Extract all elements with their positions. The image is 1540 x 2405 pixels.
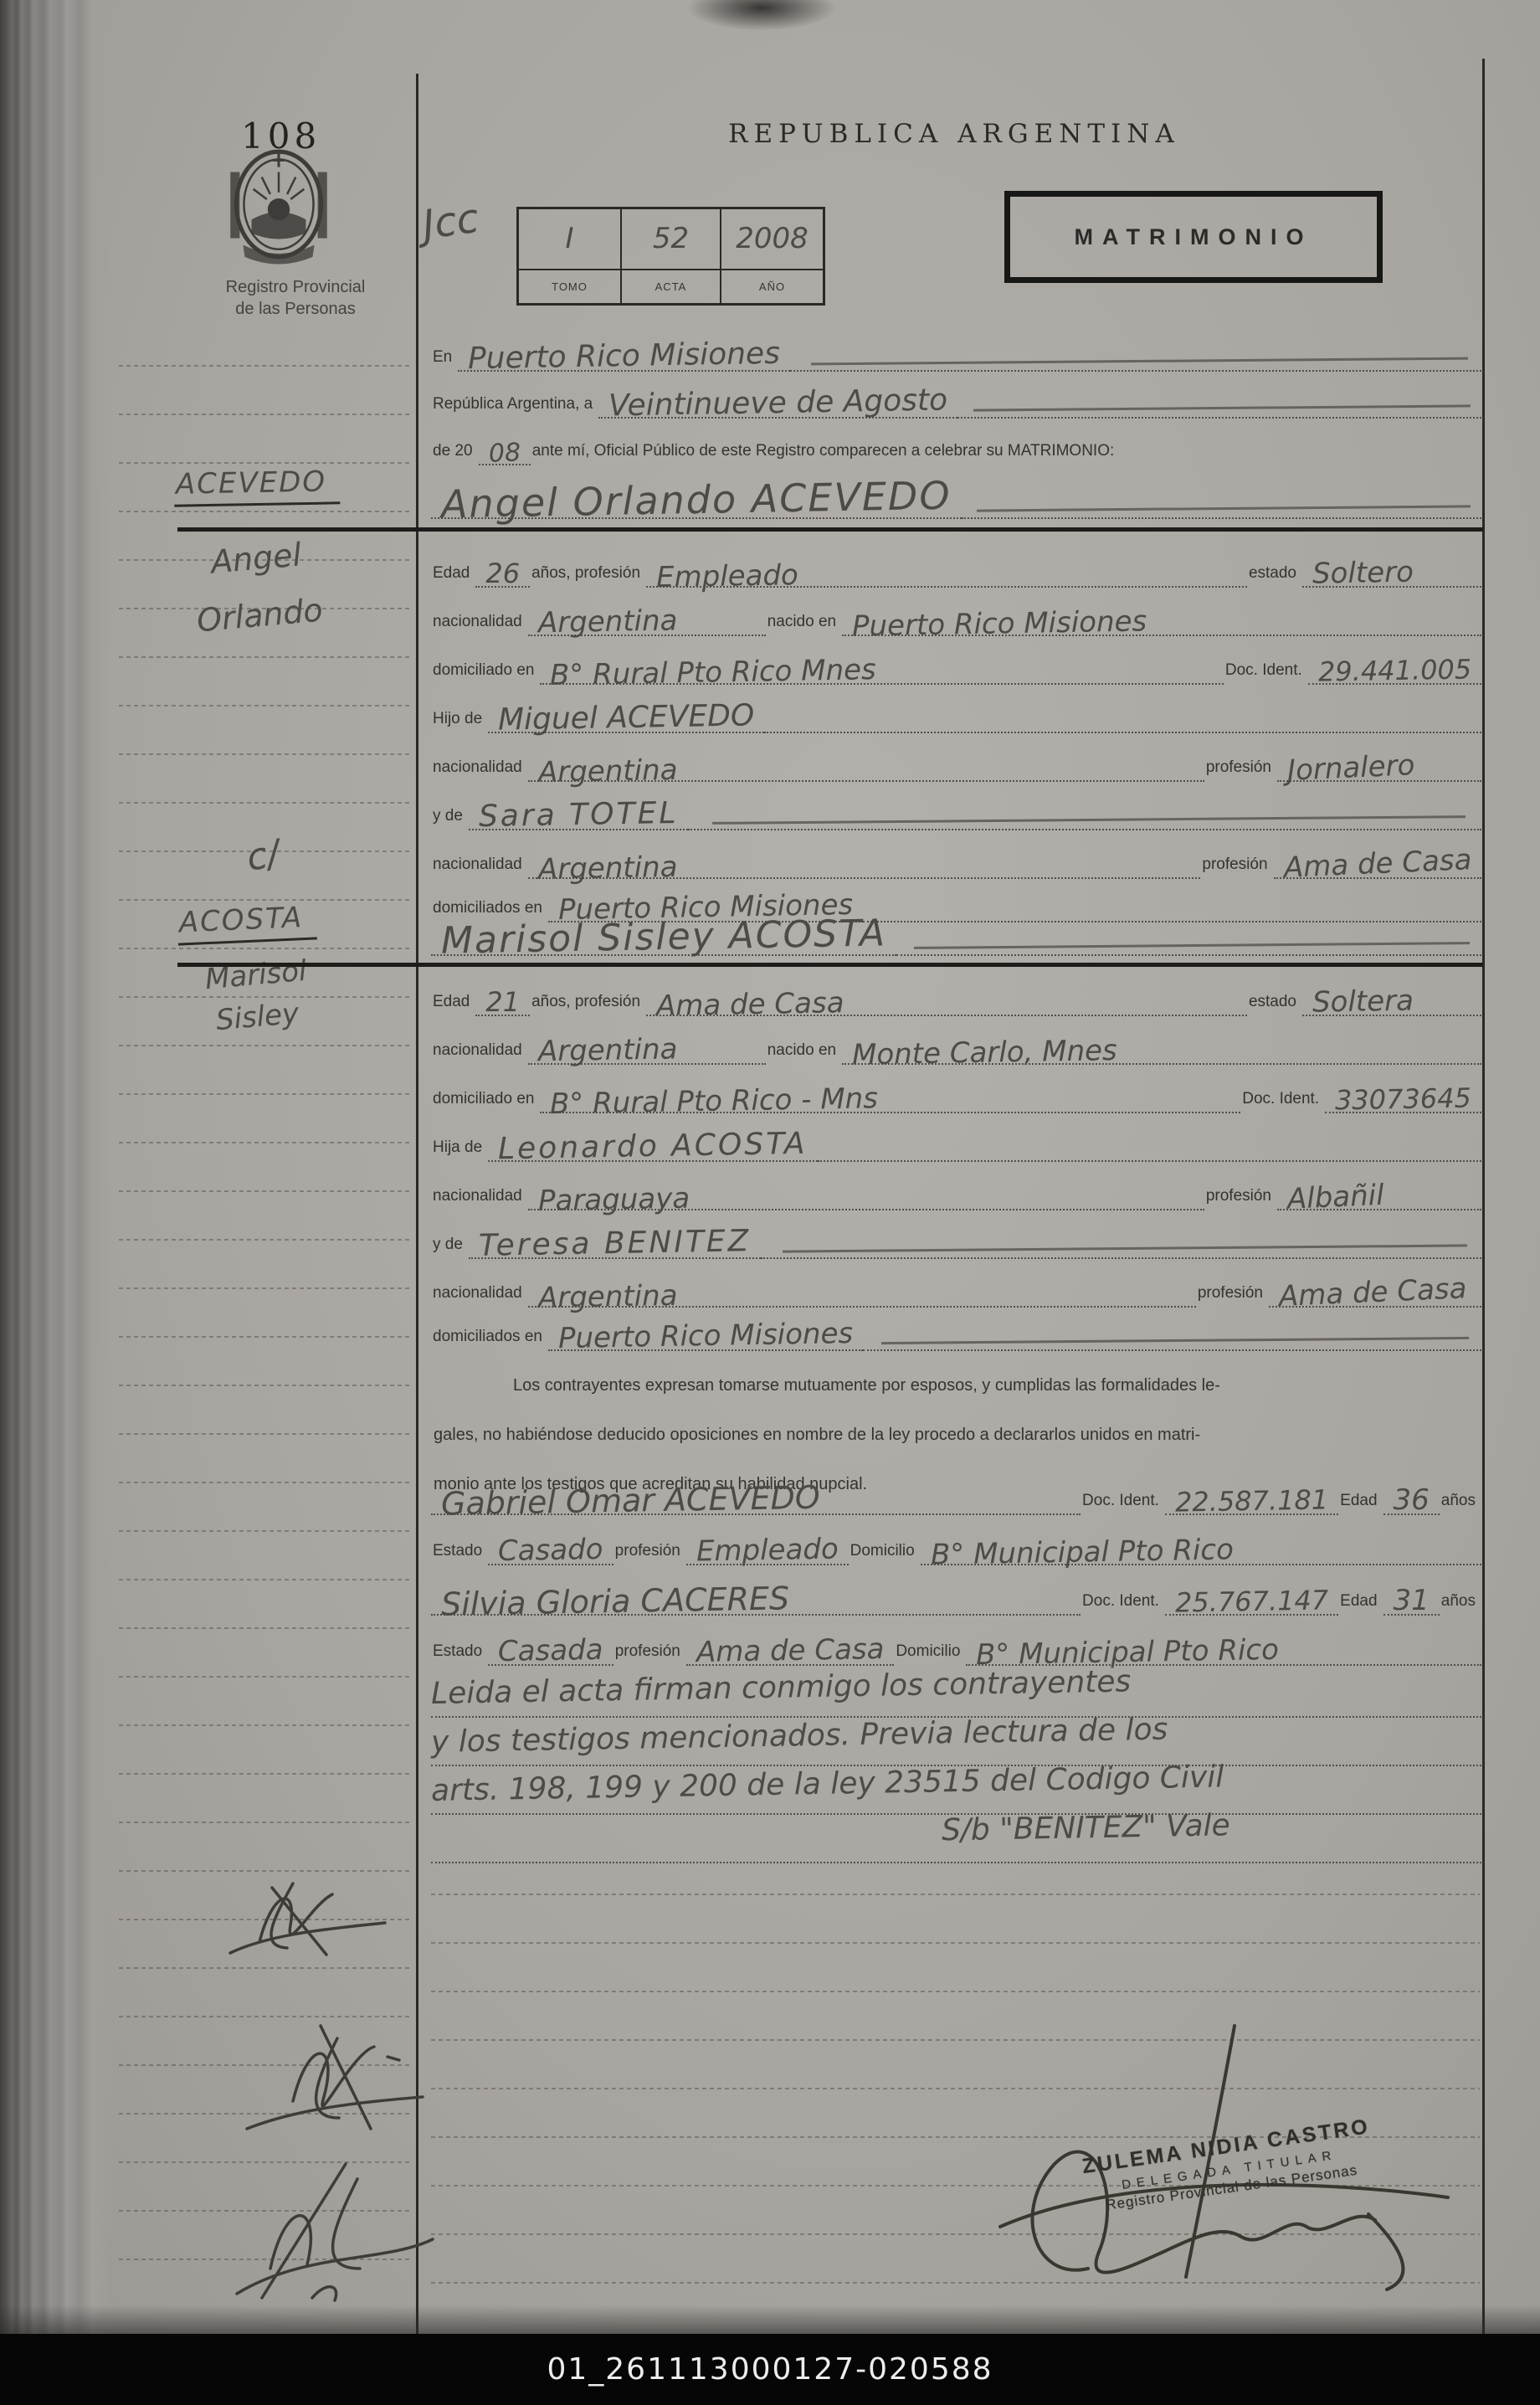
label-anos: años (1440, 1493, 1481, 1515)
label-profesion: profesión (1200, 856, 1273, 879)
groom-father-nat-value: Argentina (537, 747, 1194, 788)
bride-mother-nat-field: Argentina (528, 1278, 1196, 1308)
acta-value: 52 (620, 209, 721, 269)
groom-status-value: Soltero (1312, 558, 1472, 590)
margin-bride-surname: ACOSTA (177, 902, 317, 945)
groom-age-value: 26 (485, 560, 520, 588)
label-estado-cap: Estado (431, 1543, 488, 1565)
year-field: 08 (479, 440, 531, 466)
witness1-doc-value: 22.587.181 (1175, 1487, 1329, 1518)
place-value: Puerto Rico Misiones (468, 338, 781, 375)
ano-value: 2008 (721, 209, 823, 269)
bride-name-leader (896, 906, 1481, 956)
scan-footer-bar: 01_261113000127-020588 (0, 2334, 1540, 2405)
label-domiciliados-en: domiciliados en (431, 1328, 548, 1351)
party-and-witness-signatures (213, 1846, 498, 2302)
year-value: 08 (488, 439, 521, 467)
registry-name-line2: de las Personas (186, 298, 405, 320)
groom-father-value: Miguel ACEVEDO (498, 701, 755, 737)
bride-doc-field: 33073645 (1325, 1086, 1481, 1113)
witness2-age-field: 31 (1383, 1586, 1440, 1616)
label-profesion: profesión (1204, 759, 1277, 782)
page-bottom-shadow (0, 2305, 1540, 2334)
label-profesion: profesión (1204, 1188, 1277, 1210)
acta-label: ACTA (620, 269, 721, 303)
witness2-doc-field: 25.767.147 (1165, 1588, 1338, 1616)
groom-age-row: Edad 26 años, profesión Empleado estado … (431, 544, 1481, 588)
groom-name-row: Angel Orlando ACEVEDO (431, 465, 1481, 519)
bride-name-value: Marisol Sisley ACOSTA (441, 914, 887, 960)
witness1-name-value: Gabriel Omar ACEVEDO (441, 1477, 1071, 1522)
witness2-status-row: Estado Casada profesión Ama de Casa Domi… (431, 1621, 1481, 1666)
witness1-address-field: B° Municipal Pto Rico (921, 1536, 1481, 1565)
groom-name-value: Angel Orlando ACEVEDO (441, 475, 952, 524)
label-doc-ident: Doc. Ident. (1240, 1091, 1325, 1113)
witness1-age-field: 36 (1383, 1486, 1440, 1515)
label-doc-ident: Doc. Ident. (1081, 1593, 1165, 1616)
groom-mother-nat-field: Argentina (528, 850, 1201, 879)
bride-name-row: Marisol Sisley ACOSTA (431, 906, 1481, 956)
groom-address-field: B° Rural Pto Rico Mnes (540, 655, 1223, 685)
label-estado: estado (1247, 994, 1302, 1016)
witness1-name-row: Gabriel Omar ACEVEDO Doc. Ident. 22.587.… (431, 1470, 1481, 1515)
book-binding-edge (0, 0, 113, 2405)
groom-doc-field: 29.441.005 (1308, 657, 1481, 685)
bride-father-prof-value: Albañil (1286, 1178, 1471, 1215)
groom-mother-prof-field: Ama de Casa (1274, 850, 1481, 879)
groom-doc-value: 29.441.005 (1318, 656, 1472, 687)
groom-profession-value: Empleado (656, 553, 1237, 594)
bride-father-nat-value: Paraguaya (537, 1175, 1194, 1216)
witness2-status-value: Casada (498, 1636, 603, 1668)
groom-father-row: Hijo de Miguel ACEVEDO (431, 690, 1481, 733)
groom-birthplace-value: Puerto Rico Misiones (852, 602, 1471, 643)
margin-bride-given2: Sisley (215, 1000, 300, 1036)
label-nacionalidad: nacionalidad (431, 614, 528, 636)
closing-line2-row: y los testigos mencionados. Previa lectu… (431, 1718, 1481, 1766)
bride-age-field: 21 (475, 989, 530, 1016)
groom-father-nat-row: nacionalidad Argentina profesión Jornale… (431, 738, 1481, 782)
bride-parents-address-field: Puerto Rico Misiones (548, 1322, 863, 1351)
label-nacido-en: nacido en (766, 614, 842, 636)
label-edad: Edad (431, 565, 475, 588)
label-nacionalidad: nacionalidad (431, 1285, 528, 1308)
label-nacionalidad: nacionalidad (431, 856, 528, 879)
field-row-year: de 20 08 ante mí, Oficial Público de est… (431, 422, 1481, 465)
groom-address-row: domiciliado en B° Rural Pto Rico Mnes Do… (431, 641, 1481, 685)
place-leader (790, 328, 1481, 372)
label-hijo-de: Hijo de (431, 711, 488, 733)
groom-name-leader (962, 465, 1481, 519)
margin-connector: c/ (244, 835, 282, 878)
witness2-prof-field: Ama de Casa (686, 1637, 894, 1666)
label-nacido-en: nacido en (766, 1042, 842, 1065)
bride-status-field: Soltera (1302, 987, 1481, 1016)
label-hija-de: Hija de (431, 1139, 488, 1162)
label-intro-rest: ante mí, Oficial Público de este Registr… (531, 443, 1121, 465)
bride-mother-nat-row: nacionalidad Argentina profesión Ama de … (431, 1264, 1481, 1308)
groom-father-prof-value: Jornalero (1286, 749, 1471, 787)
label-anos: años (1440, 1593, 1481, 1616)
witness1-prof-field: Empleado (686, 1536, 849, 1565)
label-edad-cap: Edad (1338, 1593, 1383, 1616)
bride-doc-value: 33073645 (1335, 1085, 1471, 1115)
groom-nationality-row: nacionalidad Argentina nacido en Puerto … (431, 593, 1481, 636)
witness2-status-field: Casada (488, 1637, 613, 1666)
groom-profession-field: Empleado (646, 558, 1247, 588)
label-profesion: profesión (1196, 1285, 1269, 1308)
tomo-acta-ano-table: I 52 2008 TOMO ACTA AÑO (516, 207, 825, 306)
label-domicilio: Domicilio (849, 1543, 921, 1565)
scanned-marriage-record-page: 108 Registro Provincial de las Personas … (0, 0, 1540, 2405)
groom-father-prof-field: Jornalero (1277, 753, 1481, 782)
witness2-prof-value: Ama de Casa (696, 1635, 885, 1668)
witness2-age-value: 31 (1394, 1586, 1430, 1616)
bride-name-field: Marisol Sisley ACOSTA (431, 918, 896, 956)
bride-parents-address-leader (863, 1308, 1481, 1351)
groom-father-field: Miguel ACEVEDO (488, 702, 764, 733)
label-domicilio: Domicilio (894, 1643, 966, 1666)
groom-birthplace-field: Puerto Rico Misiones (842, 607, 1481, 636)
tomo-label: TOMO (519, 269, 620, 303)
groom-mother-leader (688, 787, 1481, 830)
section-divider-groom (177, 527, 1483, 532)
margin-groom-surname: ACEVEDO (174, 467, 341, 506)
witness2-doc-value: 25.767.147 (1175, 1587, 1329, 1618)
witness2-name-row: Silvia Gloria CACERES Doc. Ident. 25.767… (431, 1570, 1481, 1616)
field-row-date: República Argentina, a Veintinueve de Ag… (431, 375, 1481, 419)
label-y-de: y de (431, 1236, 469, 1259)
label-profesion: profesión (613, 1643, 686, 1666)
matrimonio-box: MATRIMONIO (1004, 191, 1383, 283)
closing-line1-row: Leida el acta firman conmigo los contray… (431, 1669, 1481, 1718)
witness1-status-row: Estado Casado profesión Empleado Domicil… (431, 1520, 1481, 1565)
closing-line1: Leida el acta firman conmigo los contray… (431, 1660, 1481, 1710)
bride-mother-field: Teresa BENITEZ (469, 1228, 761, 1259)
groom-status-field: Soltero (1302, 558, 1481, 588)
witness1-address-value: B° Municipal Pto Rico (930, 1532, 1471, 1571)
bride-status-value: Soltera (1312, 986, 1472, 1019)
label-domiciliado-en: domiciliado en (431, 662, 540, 685)
label-nacionalidad: nacionalidad (431, 1188, 528, 1210)
provincial-seal-icon (219, 138, 338, 265)
label-estado: estado (1247, 565, 1302, 588)
tomo-value: I (519, 209, 620, 269)
witness1-age-value: 36 (1394, 1486, 1430, 1516)
margin-groom-given2: Orlando (196, 594, 325, 639)
bride-father-leader (818, 1118, 1481, 1162)
witness1-doc-field: 22.587.181 (1165, 1488, 1338, 1515)
label-estado-cap: Estado (431, 1643, 488, 1666)
margin-groom-given1: Angel (209, 538, 302, 579)
groom-nationality-field: Argentina (528, 607, 766, 636)
bride-birthplace-value: Monte Carlo, Mnes (852, 1030, 1471, 1071)
bride-mother-leader (761, 1215, 1481, 1259)
label-anos-profesion: años, profesión (530, 565, 646, 588)
clause-line1: Los contrayentes expresan tomarse mutuam… (434, 1361, 1481, 1411)
label-y-de: y de (431, 808, 469, 830)
groom-nationality-value: Argentina (537, 605, 756, 639)
witness1-status-field: Casado (488, 1536, 613, 1565)
bride-age-row: Edad 21 años, profesión Ama de Casa esta… (431, 973, 1481, 1016)
witness2-name-field: Silvia Gloria CACERES (431, 1583, 1081, 1616)
margin-annotation-jcc: Jcc (420, 198, 481, 247)
bride-mother-value: Teresa BENITEZ (479, 1226, 752, 1262)
clause-line2: gales, no habiéndose deducido oposicione… (434, 1411, 1481, 1460)
label-de20: de 20 (431, 443, 479, 465)
place-field: Puerto Rico Misiones (458, 341, 790, 372)
date-field: Veintinueve de Agosto (598, 388, 957, 419)
bride-address-field: B° Rural Pto Rico - Mns (540, 1084, 1240, 1113)
country-header: REPUBLICA ARGENTINA (577, 119, 1331, 149)
label-nacionalidad: nacionalidad (431, 759, 528, 782)
groom-mother-field: Sara TOTEL (469, 799, 688, 830)
groom-mother-row: y de Sara TOTEL (431, 787, 1481, 830)
bride-nationality-row: nacionalidad Argentina nacido en Monte C… (431, 1021, 1481, 1065)
bride-birthplace-field: Monte Carlo, Mnes (842, 1035, 1481, 1065)
witness1-name-field: Gabriel Omar ACEVEDO (431, 1483, 1081, 1515)
registry-name: Registro Provincial de las Personas (186, 276, 405, 320)
groom-name-field: Angel Orlando ACEVEDO (431, 480, 962, 519)
label-doc-ident: Doc. Ident. (1224, 662, 1308, 685)
bride-nationality-value: Argentina (537, 1034, 756, 1067)
bride-address-value: B° Rural Pto Rico - Mns (550, 1078, 1230, 1120)
label-en: En (431, 349, 458, 372)
right-border-line (1482, 59, 1485, 2334)
label-republica: República Argentina, a (431, 396, 598, 419)
bride-profession-field: Ama de Casa (646, 987, 1247, 1016)
label-profesion: profesión (613, 1543, 686, 1565)
matrimonio-label: MATRIMONIO (1075, 224, 1313, 250)
witness2-name-value: Silvia Gloria CACERES (441, 1578, 1071, 1622)
bride-father-field: Leonardo ACOSTA (488, 1131, 818, 1162)
scan-smudge (686, 0, 837, 31)
bride-profession-value: Ama de Casa (656, 982, 1237, 1022)
witness1-status-value: Casado (498, 1535, 603, 1567)
bride-mother-prof-field: Ama de Casa (1269, 1278, 1481, 1308)
closing-line3-row: arts. 198, 199 y 200 de la ley 23515 del… (431, 1766, 1481, 1815)
label-doc-ident: Doc. Ident. (1081, 1493, 1165, 1515)
bride-father-nat-field: Paraguaya (528, 1181, 1204, 1210)
bride-father-prof-field: Albañil (1277, 1181, 1481, 1210)
section-divider-bride (177, 963, 1483, 967)
scan-reference-code: 01_261113000127-020588 (547, 2352, 993, 2387)
label-anos-profesion: años, profesión (530, 994, 646, 1016)
groom-mother-nat-row: nacionalidad Argentina profesión Ama de … (431, 835, 1481, 879)
bride-age-value: 21 (485, 989, 520, 1017)
groom-father-nat-field: Argentina (528, 753, 1204, 782)
label-domiciliado-en: domiciliado en (431, 1091, 540, 1113)
groom-mother-value: Sara TOTEL (479, 798, 679, 833)
date-value: Veintinueve de Agosto (608, 385, 948, 423)
bride-mother-row: y de Teresa BENITEZ (431, 1215, 1481, 1259)
date-leader (957, 375, 1481, 419)
label-edad: Edad (431, 994, 475, 1016)
bride-father-row: Hija de Leonardo ACOSTA (431, 1118, 1481, 1162)
witness1-prof-value: Empleado (696, 1535, 839, 1568)
groom-father-leader (764, 690, 1481, 733)
ano-label: AÑO (721, 269, 823, 303)
groom-address-value: B° Rural Pto Rico Mnes (550, 650, 1214, 691)
groom-age-field: 26 (475, 560, 530, 588)
bride-address-row: domiciliado en B° Rural Pto Rico - Mns D… (431, 1070, 1481, 1113)
bride-father-value: Leonardo ACOSTA (498, 1128, 808, 1165)
label-nacionalidad: nacionalidad (431, 1042, 528, 1065)
field-row-place: En Puerto Rico Misiones (431, 328, 1481, 372)
closing-line4-row: S/b "BENITEZ" Vale (431, 1815, 1481, 1863)
registry-name-line1: Registro Provincial (186, 276, 405, 298)
bride-father-nat-row: nacionalidad Paraguaya profesión Albañil (431, 1167, 1481, 1210)
label-edad-cap: Edad (1338, 1493, 1383, 1515)
bride-parents-address-row: domiciliados en Puerto Rico Misiones (431, 1308, 1481, 1351)
bride-parents-address-value: Puerto Rico Misiones (558, 1319, 854, 1354)
bride-nationality-field: Argentina (528, 1035, 766, 1065)
